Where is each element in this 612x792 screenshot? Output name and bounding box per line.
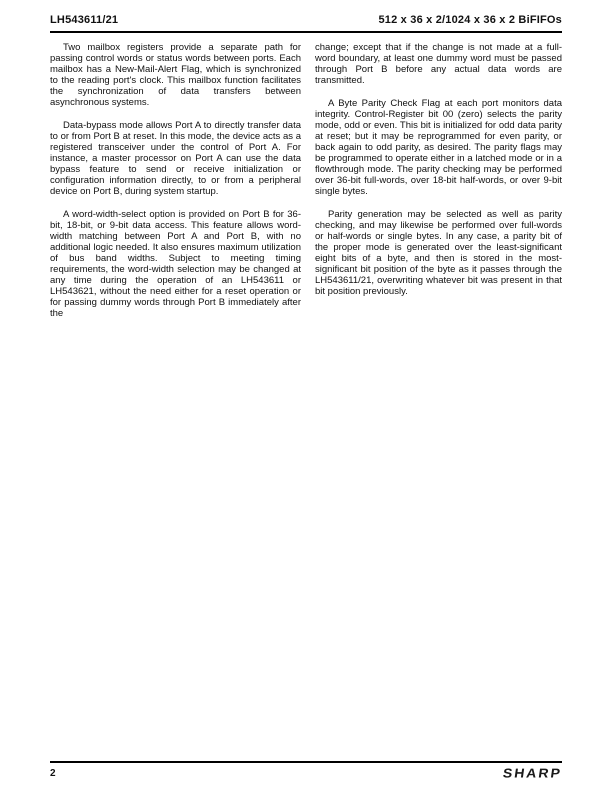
footer-rule: [50, 761, 562, 763]
sharp-logo: SHARP: [502, 766, 563, 781]
paragraph-parity-generation: Parity generation may be selected as wel…: [315, 209, 562, 297]
paragraph-word-width: A word-width-select option is provided o…: [50, 209, 301, 319]
paragraph-data-bypass: Data-bypass mode allows Port A to direct…: [50, 120, 301, 197]
header-rule: [50, 31, 562, 33]
body-columns: Two mailbox registers provide a separate…: [50, 42, 562, 331]
header-part-number: LH543611/21: [50, 14, 118, 26]
header-doc-title: 512 x 36 x 2/1024 x 36 x 2 BiFIFOs: [378, 14, 562, 26]
paragraph-word-width-continued: change; except that if the change is not…: [315, 42, 562, 86]
paragraph-parity-check: A Byte Parity Check Flag at each port mo…: [315, 98, 562, 197]
page-number: 2: [50, 768, 56, 779]
left-column: Two mailbox registers provide a separate…: [50, 42, 301, 331]
page-footer: 2 SHARP: [50, 765, 562, 781]
page-header: LH543611/21 512 x 36 x 2/1024 x 36 x 2 B…: [50, 14, 562, 26]
datasheet-page: LH543611/21 512 x 36 x 2/1024 x 36 x 2 B…: [0, 0, 612, 792]
right-column: change; except that if the change is not…: [315, 42, 562, 331]
paragraph-mailbox: Two mailbox registers provide a separate…: [50, 42, 301, 108]
